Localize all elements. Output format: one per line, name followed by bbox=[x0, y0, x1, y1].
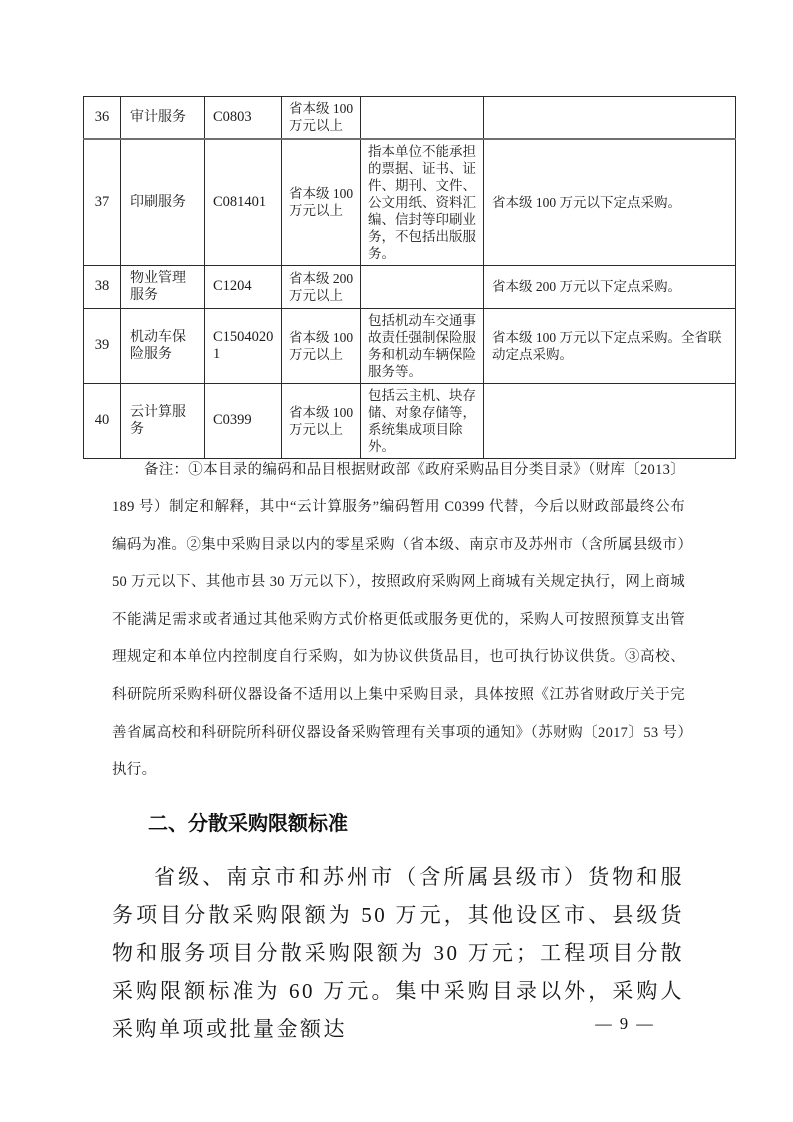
procurement-catalog-table: 36 审计服务 C0803 省本级 100 万元以上 37 印刷服务 C0814… bbox=[83, 96, 736, 459]
threshold-cell: 省本级 100 万元以上 bbox=[282, 139, 361, 266]
item-code-cell: C0399 bbox=[205, 383, 282, 458]
item-code-cell: C0803 bbox=[205, 97, 282, 139]
table-row: 40 云计算服务 C0399 省本级 100 万元以上 包括云主机、块存储、对象… bbox=[84, 383, 736, 458]
description-cell: 包括机动车交通事故责任强制保险服务和机动车辆保险服务等。 bbox=[361, 308, 484, 383]
item-name-cell: 云计算服务 bbox=[121, 383, 205, 458]
row-number-cell: 39 bbox=[84, 308, 121, 383]
table-row: 37 印刷服务 C081401 省本级 100 万元以上 指本单位不能承担的票据… bbox=[84, 139, 736, 266]
note-cell: 省本级 100 万元以下定点采购。 bbox=[484, 139, 736, 266]
description-cell bbox=[361, 97, 484, 139]
note-cell bbox=[484, 97, 736, 139]
remarks-paragraph: 备注：①本目录的编码和品目根据财政部《政府采购品目分类目录》（财库〔2013〕1… bbox=[112, 452, 685, 790]
item-name-cell: 审计服务 bbox=[121, 97, 205, 139]
note-cell bbox=[484, 383, 736, 458]
document-page: 36 审计服务 C0803 省本级 100 万元以上 37 印刷服务 C0814… bbox=[0, 0, 793, 1122]
item-name-cell: 机动车保险服务 bbox=[121, 308, 205, 383]
note-cell: 省本级 100 万元以下定点采购。全省联动定点采购。 bbox=[484, 308, 736, 383]
row-number-cell: 40 bbox=[84, 383, 121, 458]
table-row: 38 物业管理服务 C1204 省本级 200 万元以上 省本级 200 万元以… bbox=[84, 265, 736, 308]
row-number-cell: 36 bbox=[84, 97, 121, 139]
item-name-cell: 印刷服务 bbox=[121, 139, 205, 266]
item-code-cell: C1204 bbox=[205, 265, 282, 308]
page-number: — 9 — bbox=[563, 1014, 687, 1034]
row-number-cell: 38 bbox=[84, 265, 121, 308]
note-cell: 省本级 200 万元以下定点采购。 bbox=[484, 265, 736, 308]
item-code-cell: C15040201 bbox=[205, 308, 282, 383]
section-heading: 二、分散采购限额标准 bbox=[112, 810, 712, 838]
item-code-cell: C081401 bbox=[205, 139, 282, 266]
description-cell bbox=[361, 265, 484, 308]
row-number-cell: 37 bbox=[84, 139, 121, 266]
description-cell: 包括云主机、块存储、对象存储等，系统集成项目除外。 bbox=[361, 383, 484, 458]
threshold-cell: 省本级 100 万元以上 bbox=[282, 308, 361, 383]
threshold-cell: 省本级 100 万元以上 bbox=[282, 383, 361, 458]
threshold-cell: 省本级 200 万元以上 bbox=[282, 265, 361, 308]
item-name-cell: 物业管理服务 bbox=[121, 265, 205, 308]
table-row: 39 机动车保险服务 C15040201 省本级 100 万元以上 包括机动车交… bbox=[84, 308, 736, 383]
threshold-cell: 省本级 100 万元以上 bbox=[282, 97, 361, 139]
description-cell: 指本单位不能承担的票据、证书、证件、期刊、文件、公文用纸、资料汇编、信封等印刷业… bbox=[361, 139, 484, 266]
table-row: 36 审计服务 C0803 省本级 100 万元以上 bbox=[84, 97, 736, 139]
